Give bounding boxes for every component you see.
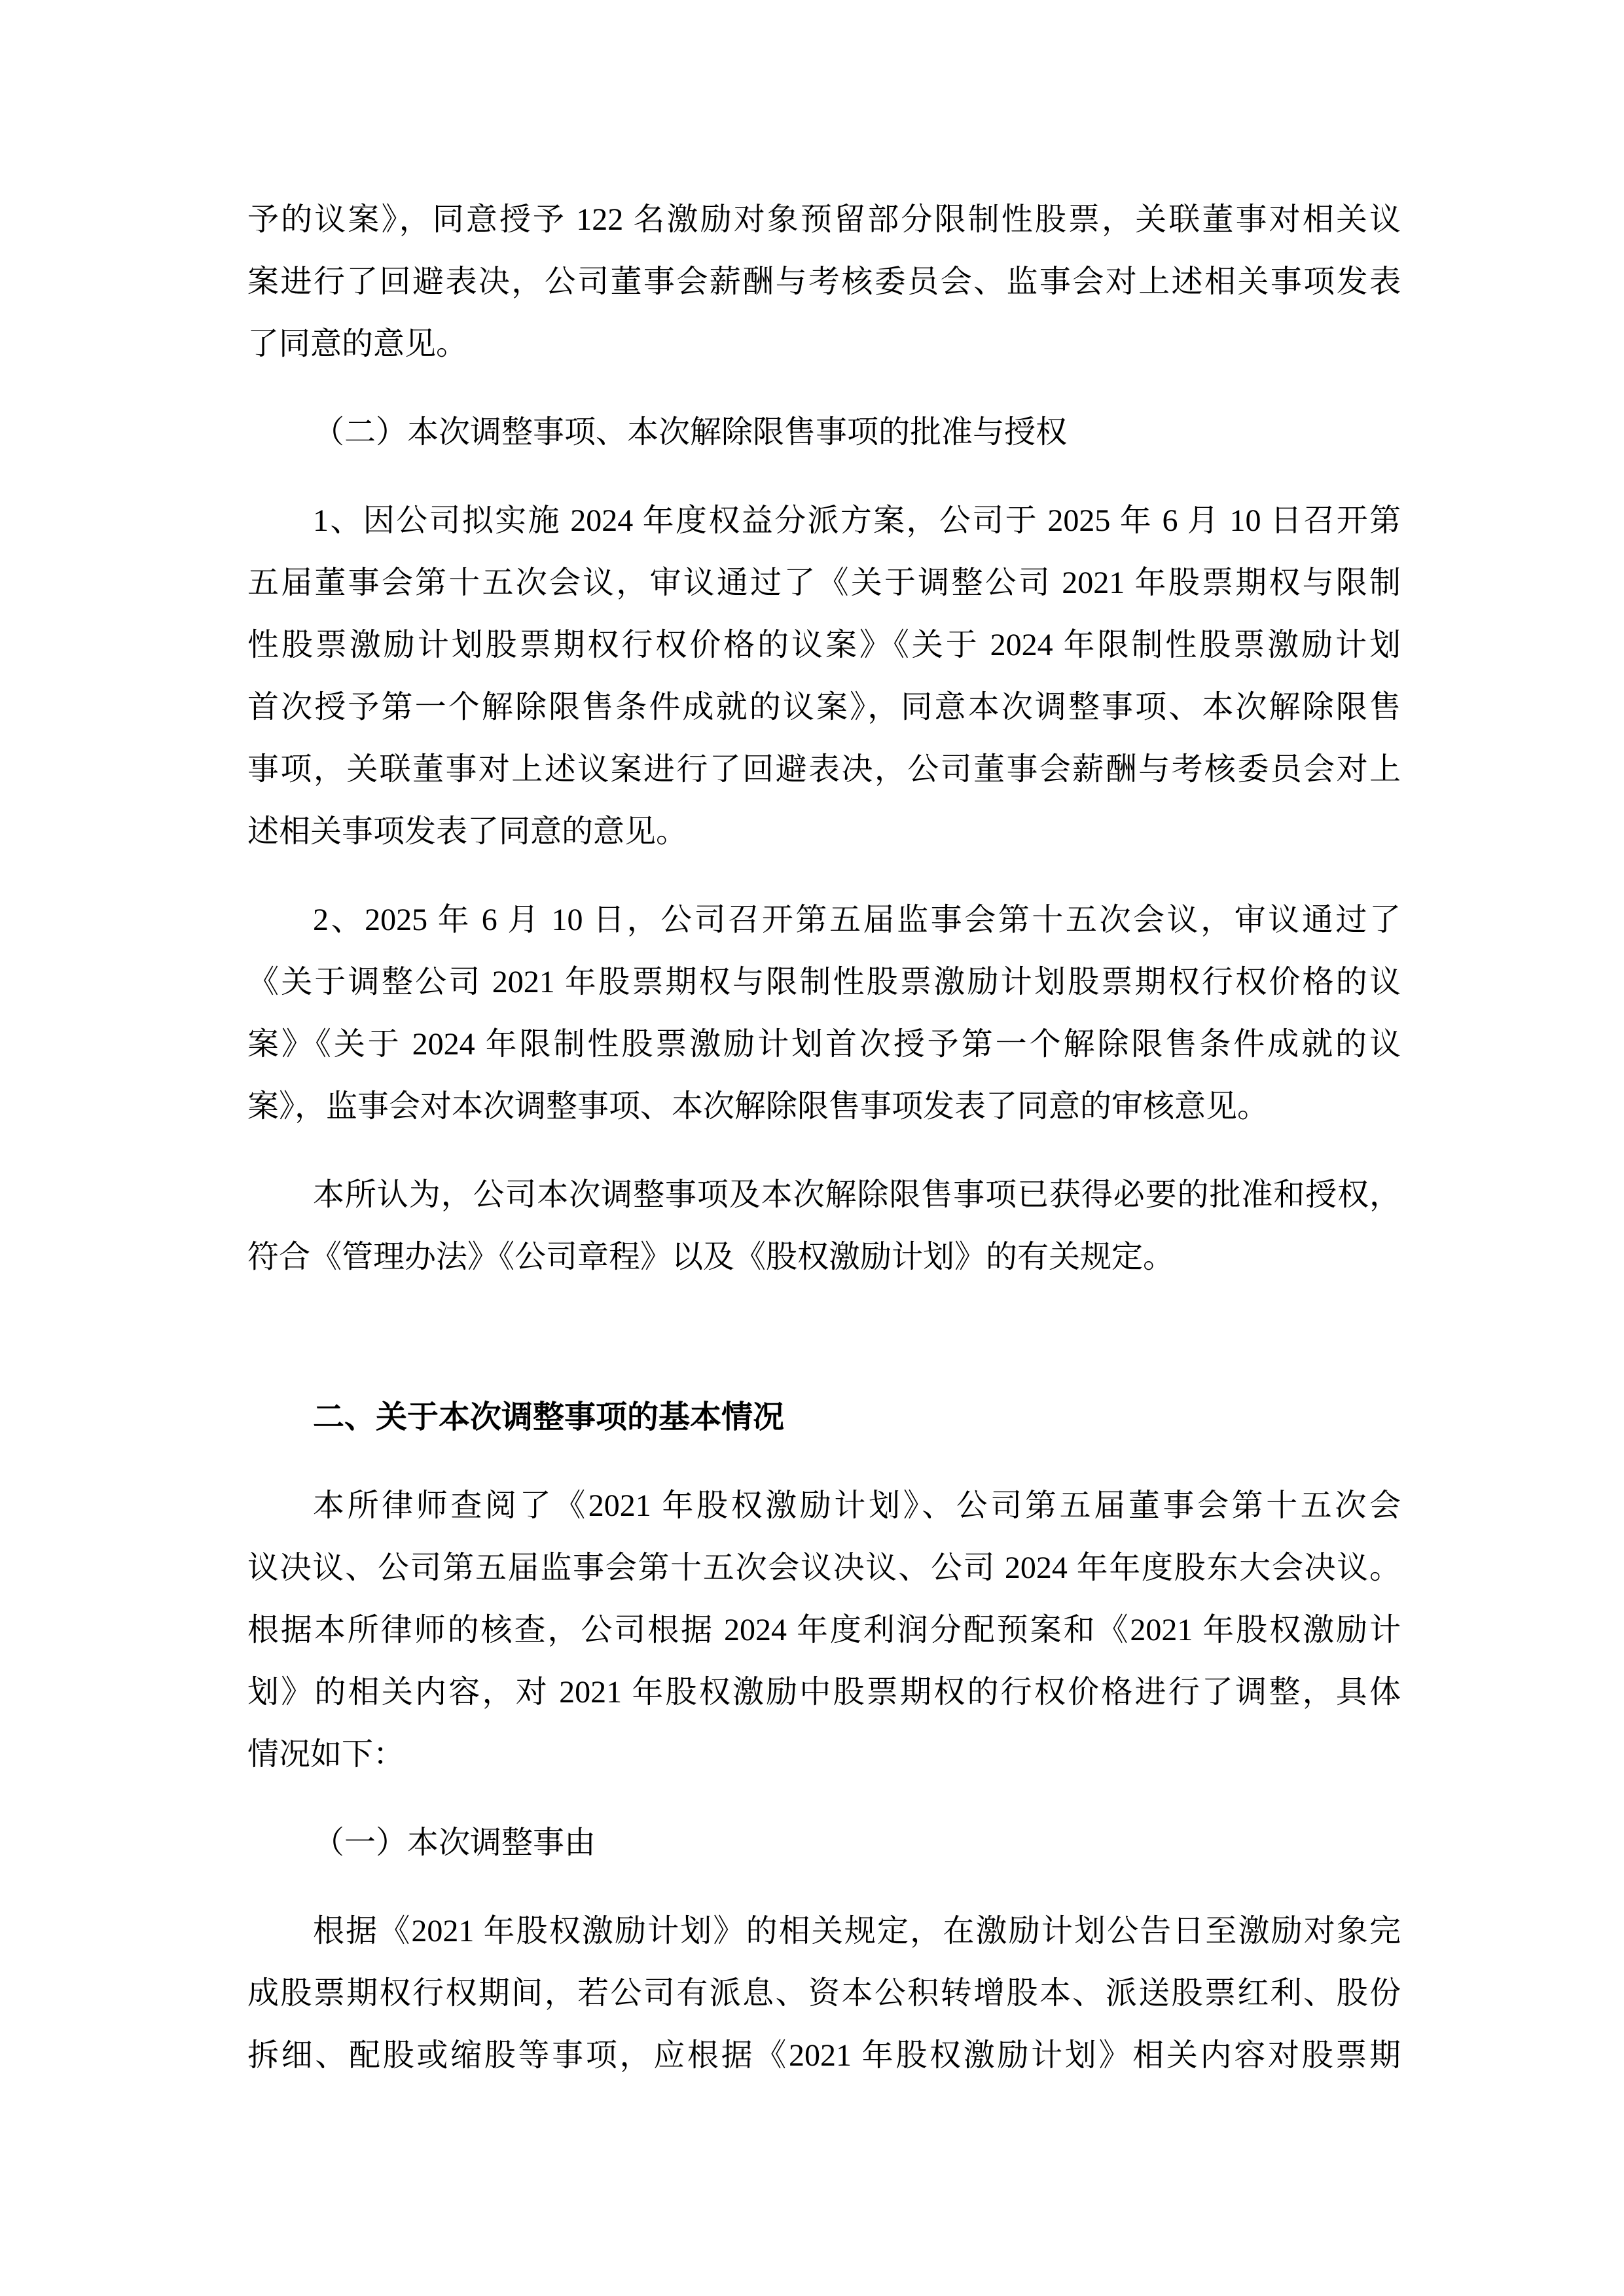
text-line: 《关于调整公司 2021 年股票期权与限制性股票激励计划股票期权行权价格的议 [247, 951, 1401, 1013]
subsection-heading: （一）本次调整事由 [247, 1812, 1401, 1874]
subsection-heading: （二）本次调整事项、本次解除限售事项的批准与授权 [247, 401, 1401, 463]
body-paragraph: 根据《2021 年股权激励计划》的相关规定，在激励计划公告日至激励对象完成股票期… [247, 1900, 1401, 2087]
text-line: 2、2025 年 6 月 10 日，公司召开第五届监事会第十五次会议，审议通过了 [247, 889, 1401, 951]
section-heading: 二、关于本次调整事项的基本情况 [247, 1386, 1401, 1448]
document-body: 予的议案》，同意授予 122 名激励对象预留部分限制性股票，关联董事对相关议案进… [247, 188, 1401, 2087]
text-line: 案》，监事会对本次调整事项、本次解除限售事项发表了同意的审核意见。 [247, 1075, 1401, 1138]
text-line: （二）本次调整事项、本次解除限售事项的批准与授权 [247, 401, 1401, 463]
text-line: 案进行了回避表决，公司董事会薪酬与考核委员会、监事会对上述相关事项发表 [247, 251, 1401, 313]
text-line: 案》《关于 2024 年限制性股票激励计划首次授予第一个解除限售条件成就的议 [247, 1013, 1401, 1075]
text-line: 事项，关联董事对上述议案进行了回避表决，公司董事会薪酬与考核委员会对上 [247, 738, 1401, 800]
document-page: 予的议案》，同意授予 122 名激励对象预留部分限制性股票，关联董事对相关议案进… [0, 0, 1624, 2296]
text-line: 符合《管理办法》《公司章程》以及《股权激励计划》的有关规定。 [247, 1226, 1401, 1288]
body-paragraph: 2、2025 年 6 月 10 日，公司召开第五届监事会第十五次会议，审议通过了… [247, 889, 1401, 1138]
text-line: 二、关于本次调整事项的基本情况 [247, 1386, 1401, 1448]
text-line: 1、因公司拟实施 2024 年度权益分派方案，公司于 2025 年 6 月 10… [247, 490, 1401, 552]
text-line: 拆细、配股或缩股等事项，应根据《2021 年股权激励计划》相关内容对股票期 [247, 2024, 1401, 2087]
text-line: 情况如下： [247, 1723, 1401, 1785]
text-line: 根据本所律师的核查，公司根据 2024 年度利润分配预案和《2021 年股权激励… [247, 1599, 1401, 1661]
body-paragraph: 1、因公司拟实施 2024 年度权益分派方案，公司于 2025 年 6 月 10… [247, 490, 1401, 863]
body-paragraph: 予的议案》，同意授予 122 名激励对象预留部分限制性股票，关联董事对相关议案进… [247, 188, 1401, 375]
text-line: 予的议案》，同意授予 122 名激励对象预留部分限制性股票，关联董事对相关议 [247, 188, 1401, 251]
text-line: 本所认为，公司本次调整事项及本次解除限售事项已获得必要的批准和授权， [247, 1164, 1401, 1226]
text-line: 性股票激励计划股票期权行权价格的议案》《关于 2024 年限制性股票激励计划 [247, 614, 1401, 676]
body-paragraph: 本所认为，公司本次调整事项及本次解除限售事项已获得必要的批准和授权，符合《管理办… [247, 1164, 1401, 1288]
text-line: 根据《2021 年股权激励计划》的相关规定，在激励计划公告日至激励对象完 [247, 1900, 1401, 1962]
text-line: 述相关事项发表了同意的意见。 [247, 800, 1401, 863]
text-line: 了同意的意见。 [247, 313, 1401, 375]
text-line: 划》的相关内容，对 2021 年股权激励中股票期权的行权价格进行了调整，具体 [247, 1661, 1401, 1723]
text-line: 议决议、公司第五届监事会第十五次会议决议、公司 2024 年年度股东大会决议。 [247, 1537, 1401, 1599]
text-line: 首次授予第一个解除限售条件成就的议案》，同意本次调整事项、本次解除限售 [247, 676, 1401, 738]
text-line: 成股票期权行权期间，若公司有派息、资本公积转增股本、派送股票红利、股份 [247, 1962, 1401, 2024]
text-line: （一）本次调整事由 [247, 1812, 1401, 1874]
text-line: 五届董事会第十五次会议，审议通过了《关于调整公司 2021 年股票期权与限制 [247, 552, 1401, 614]
body-paragraph: 本所律师查阅了《2021 年股权激励计划》、公司第五届董事会第十五次会议决议、公… [247, 1475, 1401, 1785]
text-line: 本所律师查阅了《2021 年股权激励计划》、公司第五届董事会第十五次会 [247, 1475, 1401, 1537]
